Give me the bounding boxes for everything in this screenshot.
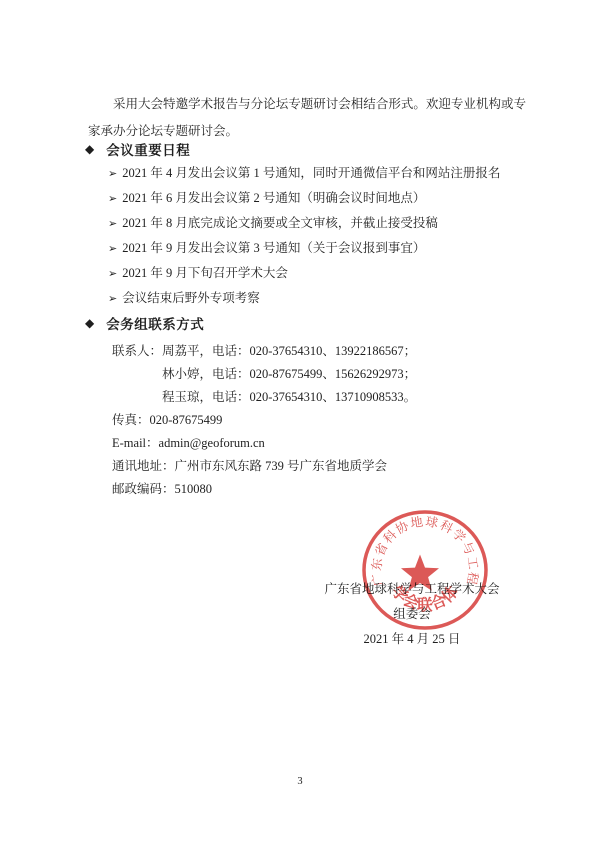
arrow-bullet-icon: ➢: [108, 243, 117, 255]
contact-line-address: 通讯地址：广州市东风东路 739 号广东省地质学会: [112, 455, 542, 478]
schedule-item-text: 2021 年 8 月底完成论文摘要或全文审核，并截止接受投稿: [122, 216, 438, 230]
schedule-item: ➢会议结束后野外专项考察: [108, 286, 548, 311]
seal-bottom-text: 学会联合体: [388, 582, 462, 614]
arrow-bullet-icon: ➢: [108, 218, 117, 230]
document-page: 采用大会特邀学术报告与分论坛专题研讨会相结合形式。欢迎专业机构或专家承办分论坛专…: [0, 0, 600, 848]
schedule-item: ➢2021 年 4 月发出会议第 1 号通知，同时开通微信平台和网站注册报名: [108, 161, 548, 186]
arrow-bullet-icon: ➢: [108, 193, 117, 205]
diamond-bullet-icon: ◆: [85, 142, 94, 157]
intro-paragraph: 采用大会特邀学术报告与分论坛专题研讨会相结合形式。欢迎专业机构或专家承办分论坛专…: [88, 91, 526, 145]
schedule-item: ➢2021 年 9 月发出会议第 3 号通知（关于会议报到事宜）: [108, 236, 548, 261]
schedule-item-text: 2021 年 9 月发出会议第 3 号通知（关于会议报到事宜）: [122, 241, 425, 255]
contact-line-person-1: 联系人：周荔平，电话：020-37654310、13922186567；: [112, 340, 542, 363]
page-number: 3: [0, 776, 600, 787]
official-seal-stamp: 广东省科协地球科学与工程 学会联合体: [350, 491, 500, 641]
section-title-contacts: 会务组联系方式: [106, 313, 204, 333]
diamond-bullet-icon: ◆: [85, 316, 94, 331]
schedule-item: ➢2021 年 8 月底完成论文摘要或全文审核，并截止接受投稿: [108, 211, 548, 236]
arrow-bullet-icon: ➢: [108, 168, 117, 180]
section-heading-schedule: ◆ 会议重要日程: [85, 139, 190, 159]
star-icon: [401, 555, 439, 591]
section-heading-contacts: ◆ 会务组联系方式: [85, 313, 204, 333]
section-title-schedule: 会议重要日程: [106, 139, 190, 159]
schedule-item: ➢2021 年 6 月发出会议第 2 号通知（明确会议时间地点）: [108, 186, 548, 211]
contact-line-person-2: 林小婷，电话：020-87675499、15626292973；: [112, 363, 542, 386]
svg-text:学会联合体: 学会联合体: [388, 582, 462, 614]
schedule-item-text: 2021 年 9 月下旬召开学术大会: [122, 266, 288, 280]
schedule-item-text: 会议结束后野外专项考察: [122, 291, 260, 305]
schedule-item-text: 2021 年 6 月发出会议第 2 号通知（明确会议时间地点）: [122, 191, 425, 205]
schedule-item: ➢2021 年 9 月下旬召开学术大会: [108, 261, 548, 286]
contacts-block: 联系人：周荔平，电话：020-37654310、13922186567； 林小婷…: [112, 340, 542, 501]
arrow-bullet-icon: ➢: [108, 293, 117, 305]
schedule-list: ➢2021 年 4 月发出会议第 1 号通知，同时开通微信平台和网站注册报名 ➢…: [108, 161, 548, 311]
contact-line-person-3: 程玉琼，电话：020-37654310、13710908533。: [112, 386, 542, 409]
schedule-item-text: 2021 年 4 月发出会议第 1 号通知，同时开通微信平台和网站注册报名: [122, 166, 500, 180]
arrow-bullet-icon: ➢: [108, 268, 117, 280]
contact-line-email: E-mail：admin@geoforum.cn: [112, 432, 542, 455]
contact-line-fax: 传真：020-87675499: [112, 409, 542, 432]
